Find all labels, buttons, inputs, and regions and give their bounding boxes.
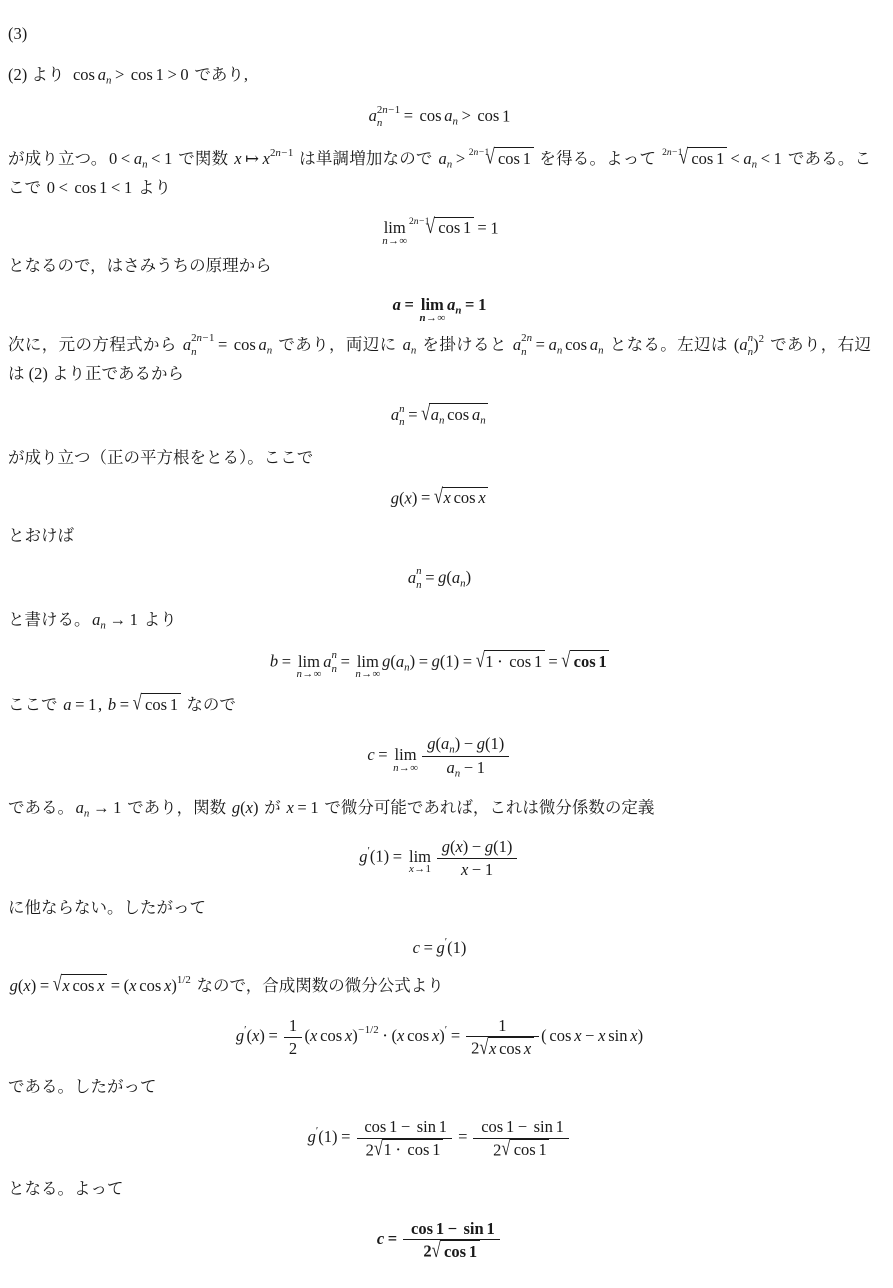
math-num: 2 — [366, 1140, 374, 1159]
paragraph: となるので，はさみうちの原理から — [8, 252, 871, 281]
equation-math: ann=√ancosan — [391, 403, 488, 430]
text-run: が成り立つ。 — [8, 149, 107, 168]
script-base: a — [396, 652, 404, 671]
math-var: a — [259, 335, 267, 354]
math-paren: ) — [454, 652, 460, 671]
math-function: cos — [73, 65, 95, 84]
limit-under: n→∞ — [296, 669, 321, 680]
math-operator: = — [269, 1026, 278, 1045]
math-var: a — [452, 568, 460, 587]
math-num: 0 — [180, 65, 188, 84]
math-function: cos — [447, 405, 469, 424]
limit-operator: limn→∞ — [395, 746, 417, 764]
text-run: で微分可能であれば，これは微分係数の定義 — [320, 798, 654, 817]
math-function: cos — [74, 178, 96, 197]
radical: √xcosx — [53, 976, 107, 995]
scripted-atom: an — [259, 335, 273, 354]
text-run: に他ならない。したがって — [8, 898, 206, 917]
superscript: −1/2 — [358, 1024, 379, 1036]
equation-math: a2n−1n=cosan>cos1 — [369, 104, 511, 131]
math-num: 1 — [502, 106, 510, 125]
script-base: x — [263, 149, 270, 168]
math-operator: → — [109, 610, 126, 629]
display-equation: g′(x)=12(xcosx)−1/2⋅(xcosx)′=12√xcosx(co… — [8, 1015, 871, 1060]
math-var: g — [308, 1127, 316, 1146]
math-num: ∞ — [437, 312, 445, 324]
scripted-atom: an — [396, 652, 410, 671]
subscript: n — [142, 159, 147, 171]
math-var: x — [286, 798, 293, 817]
radical: 2n−1√cos1 — [662, 149, 727, 168]
math-var: x — [62, 976, 69, 995]
script-base: a — [590, 335, 598, 354]
math-paren: ) — [507, 837, 513, 856]
math-operator: = — [463, 652, 472, 671]
limit-operator: limn→∞ — [384, 219, 406, 237]
radicand: cos1 — [434, 217, 474, 238]
math-num: 1 — [463, 218, 471, 237]
limit-under: n→∞ — [393, 763, 418, 774]
scripted-atom: an — [549, 335, 563, 354]
math-paren: ) — [332, 1127, 338, 1146]
limit-operator: limx→1 — [409, 848, 431, 866]
math-num: 1 — [484, 147, 489, 158]
denominator: 2 — [284, 1037, 302, 1059]
math-paren: ) — [31, 976, 37, 995]
math-operator: → — [302, 668, 313, 680]
math-operator: = — [40, 976, 49, 995]
math-num: ∞ — [373, 668, 381, 680]
math-var: x — [461, 860, 468, 879]
display-equation: a=limn→∞an=1 — [8, 295, 871, 317]
math-operator: = — [424, 938, 433, 957]
math-num: 1 — [113, 798, 121, 817]
math-operator: < — [730, 149, 739, 168]
equation-math: g′(x)=12(xcosx)−1/2⋅(xcosx)′=12√xcosx(co… — [236, 1015, 643, 1060]
script-base: a — [391, 405, 399, 424]
radical-sign-icon: √ — [53, 966, 62, 1003]
script-base: a — [743, 149, 751, 168]
math-num: 1 — [439, 1117, 447, 1136]
paragraph: とおけば — [8, 522, 871, 551]
text-run: ここで — [8, 695, 62, 714]
math-paren: ) — [499, 734, 505, 753]
fraction: 12√xcosx — [466, 1015, 538, 1060]
math-var: x — [489, 1039, 496, 1058]
math-operator: > — [115, 65, 124, 84]
script-base: a — [403, 335, 411, 354]
script-base: a — [408, 568, 416, 587]
math-num: 1 — [491, 734, 499, 753]
math-var: n — [393, 762, 398, 774]
equation-math: ann=g(an) — [408, 565, 471, 592]
math-function: cos — [454, 488, 476, 507]
math-num: 0 — [109, 149, 117, 168]
math-paren: ) — [259, 1026, 265, 1045]
math-num: 1 — [432, 1140, 440, 1159]
math-operator: − — [518, 1117, 527, 1136]
superscript: n — [416, 565, 421, 579]
math-var: a — [743, 149, 751, 168]
math-var: g — [391, 488, 399, 507]
root-index: 2n−1 — [409, 216, 430, 227]
inline-math: b=√cos1 — [108, 695, 181, 714]
math-function: cos — [477, 106, 499, 125]
text-run: なので — [182, 695, 236, 714]
math-operator: − — [388, 104, 394, 116]
text-run: , — [98, 695, 106, 714]
radicand: xcosx — [61, 974, 107, 995]
inline-math: an→1 — [76, 798, 122, 817]
math-function: cos — [145, 695, 167, 714]
math-operator: = — [425, 568, 434, 587]
scripted-atom: an — [447, 295, 461, 314]
math-var: c — [413, 938, 420, 957]
math-num: 1 — [88, 695, 96, 714]
script-base: a — [98, 65, 106, 84]
scripted-atom: a2n−1n — [183, 335, 215, 354]
radical-sign-icon: √ — [479, 1034, 488, 1061]
text-run: を掛けると — [418, 335, 511, 354]
text-run: と書ける。 — [8, 610, 91, 629]
math-paren: ) — [466, 568, 472, 587]
math-var: n — [332, 649, 337, 661]
math-var: n — [332, 663, 337, 675]
script-base: a — [323, 652, 331, 671]
paragraph: が成り立つ（正の平方根をとる）。ここで — [8, 444, 871, 473]
math-operator: − — [585, 1026, 594, 1045]
subsup-stack: nn — [399, 403, 404, 430]
math-var: a — [369, 106, 377, 125]
math-var: a — [439, 149, 447, 168]
math-var: x — [263, 149, 270, 168]
script-base: a — [76, 798, 84, 817]
math-var: a — [63, 695, 71, 714]
scripted-atom: ann — [391, 405, 405, 424]
denominator: 2√cos1 — [403, 1239, 499, 1262]
math-operator: < — [151, 149, 160, 168]
math-var: b — [270, 652, 278, 671]
denominator: 2√cos1 — [473, 1138, 568, 1161]
scripted-atom: g′ — [359, 847, 370, 866]
math-var: x — [443, 488, 450, 507]
script-base: a — [441, 734, 449, 753]
math-var: n — [296, 668, 301, 680]
paragraph: である。したがって — [8, 1073, 871, 1102]
text-run: である。したがって — [8, 1077, 157, 1096]
math-num: 2 — [185, 974, 190, 986]
math-operator: = — [341, 1127, 350, 1146]
math-var: n — [275, 147, 280, 159]
math-function: cos — [549, 1026, 571, 1045]
radical: √cos1 — [501, 1140, 549, 1159]
math-operator: = — [536, 335, 545, 354]
math-function: cos — [438, 218, 460, 237]
fraction: cos1−sin12√1⋅cos1 — [357, 1116, 452, 1161]
root-index: 2n−1 — [662, 147, 683, 158]
math-operator: < — [121, 149, 130, 168]
math-num: 1 — [170, 695, 178, 714]
math-var: n — [411, 345, 416, 357]
inline-math: a=1 — [63, 695, 96, 714]
scripted-atom: an — [743, 149, 757, 168]
math-paren: ) — [638, 1026, 644, 1045]
script-base: a — [452, 568, 460, 587]
subsup-stack: nn — [416, 565, 421, 592]
subscript: n — [377, 117, 382, 131]
display-equation: c=g′(1) — [8, 937, 871, 958]
math-var: n — [382, 235, 387, 247]
math-num: 1 — [498, 1016, 506, 1035]
scripted-atom: )2 — [753, 335, 764, 354]
radical-sign-icon: √ — [432, 1236, 441, 1263]
math-operator: = — [458, 1127, 467, 1146]
math-operator: > — [456, 149, 465, 168]
radicand: cos1 — [510, 1139, 550, 1160]
math-num: 1 — [774, 149, 782, 168]
text-run: は単調増加なので — [295, 149, 437, 168]
math-var: n — [521, 346, 526, 358]
script-base: a — [739, 335, 747, 354]
paragraph: (2) より cosan>cos1>0 であり, — [8, 61, 871, 90]
math-operator: = — [388, 1229, 397, 1248]
math-num: 1 — [499, 837, 507, 856]
math-var: g — [10, 976, 18, 995]
math-operator: = — [297, 798, 306, 817]
radical: √xcosx — [434, 488, 488, 507]
math-var: g — [427, 734, 435, 753]
subscript: n — [455, 305, 461, 317]
math-var: a — [98, 65, 106, 84]
limit-operator: limn→∞ — [298, 653, 320, 671]
math-var: a — [513, 335, 521, 354]
superscript: 2n — [521, 332, 532, 346]
math-var: x — [246, 798, 253, 817]
math-operator: = — [282, 652, 291, 671]
inline-math: g(x)=√xcosx=(xcosx)1/2 — [10, 976, 191, 995]
math-function: cos — [498, 149, 520, 168]
fraction: g(x)−g(1)x−1 — [437, 836, 518, 880]
math-function: cos — [234, 335, 256, 354]
display-equation: c=cos1−sin12√cos1 — [8, 1218, 871, 1263]
inline-math: an>2n−1√cos1 — [439, 149, 534, 168]
subsup-stack: 2n−1n — [377, 104, 400, 131]
math-var: x — [310, 1026, 317, 1045]
script-base: a — [549, 335, 557, 354]
scripted-atom: )′ — [439, 1026, 447, 1045]
math-num: 1 — [375, 847, 383, 866]
math-operator: = — [421, 488, 430, 507]
math-function: cos — [481, 1117, 503, 1136]
subscript: n — [84, 807, 89, 819]
paragraph: (3) — [8, 20, 871, 49]
subscript: n — [332, 663, 337, 677]
radical: 2n−1√cos1 — [469, 149, 534, 168]
math-var: n — [382, 104, 387, 116]
scripted-atom: an — [452, 568, 466, 587]
radicand: ancosan — [429, 403, 488, 426]
radical-sign-icon: √ — [421, 401, 430, 427]
math-num: 1 — [478, 295, 486, 314]
math-num: 1 — [506, 1117, 514, 1136]
root-index: 2n−1 — [469, 147, 490, 158]
math-function: cos — [565, 335, 587, 354]
text-run: とおけば — [8, 526, 74, 545]
math-operator: = — [75, 695, 84, 714]
math-operator: = — [419, 652, 428, 671]
math-paren: ) — [463, 837, 469, 856]
math-operator: = — [393, 847, 402, 866]
math-var: a — [403, 335, 411, 354]
subscript: n — [752, 159, 757, 171]
radical-sign-icon: √ — [501, 1135, 510, 1162]
scripted-atom: an — [134, 149, 148, 168]
script-base: a — [259, 335, 267, 354]
math-num: 1 — [477, 758, 485, 777]
scripted-atom: an — [472, 405, 486, 424]
superscript: 2n−1 — [270, 147, 293, 159]
math-operator: = — [465, 295, 474, 314]
math-var: x — [234, 149, 241, 168]
math-var: a — [431, 405, 439, 424]
math-paren: ) — [384, 847, 390, 866]
math-var: c — [377, 1229, 384, 1248]
paragraph: と書ける。an→1 より — [8, 606, 871, 635]
text-run: より — [134, 178, 171, 197]
math-function: cos — [514, 1140, 536, 1159]
math-function: cos — [691, 149, 713, 168]
math-num: ∞ — [410, 762, 418, 774]
subsup-stack: 2nn — [521, 332, 532, 359]
math-var: n — [752, 159, 757, 171]
math-operator: → — [93, 798, 110, 817]
math-paren: ) — [253, 798, 259, 817]
numerator: g(an)−g(1) — [422, 733, 509, 756]
text-run: より — [139, 610, 176, 629]
limit-under: x→1 — [409, 864, 431, 875]
math-num: 0 — [47, 178, 55, 197]
radical: √1⋅cos1 — [374, 1140, 443, 1159]
math-function: sin — [417, 1117, 436, 1136]
math-operator: − — [419, 216, 424, 227]
math-operator: ↦ — [245, 149, 259, 168]
math-var: a — [134, 149, 142, 168]
math-var: x — [574, 1026, 581, 1045]
subsup-stack: 2n−1n — [191, 332, 214, 359]
paragraph: 次に，元の方程式から a2n−1n=cosan であり，両辺に an を掛けると… — [8, 331, 871, 389]
paragraph: となる。よって — [8, 1175, 871, 1204]
math-operator: = — [218, 335, 227, 354]
math-var: n — [416, 565, 421, 577]
bold-math: a=limn→∞an=1 — [393, 295, 487, 314]
paragraph: ここで a=1, b=√cos1 なので — [8, 691, 871, 720]
math-var: n — [100, 620, 105, 632]
math-operator: → — [426, 312, 437, 324]
equation-math: a=limn→∞an=1 — [393, 295, 487, 317]
script-base: ) — [352, 1026, 358, 1045]
limit-operator: limn→∞ — [421, 296, 444, 314]
math-var: g — [477, 734, 485, 753]
math-var: a — [323, 652, 331, 671]
display-equation: c=limn→∞g(an)−g(1)an−1 — [8, 733, 871, 779]
math-function: cos — [444, 1242, 466, 1261]
subscript: n — [191, 346, 196, 360]
math-function: cos — [320, 1026, 342, 1045]
script-base: a — [369, 106, 377, 125]
math-var: g — [442, 837, 450, 856]
math-operator: ⋅ — [395, 1140, 401, 1159]
math-var: n — [527, 332, 532, 344]
math-num: ∞ — [399, 235, 407, 247]
numerator: g(x)−g(1) — [437, 836, 518, 857]
math-var: a — [396, 652, 404, 671]
text-run: (3) — [8, 24, 27, 43]
math-num: 1 — [485, 860, 493, 879]
scripted-atom: an — [98, 65, 112, 84]
math-var: a — [408, 568, 416, 587]
math-var: g — [485, 837, 493, 856]
math-var: n — [598, 345, 603, 357]
inline-math: x↦x2n−1 — [234, 149, 293, 168]
inline-math: 0<an<1 — [109, 149, 172, 168]
math-function: cos — [411, 1219, 433, 1238]
math-var: n — [267, 345, 272, 357]
math-num: 1 — [523, 149, 531, 168]
numerator: cos1−sin1 — [403, 1218, 499, 1239]
math-paren: ) — [455, 734, 461, 753]
inline-math: x=1 — [286, 798, 318, 817]
radicand: xcosx — [488, 1037, 534, 1058]
math-num: 1 — [485, 652, 493, 671]
subscript: n — [455, 768, 460, 780]
math-operator: = — [341, 652, 350, 671]
subscript: n — [106, 75, 111, 87]
scripted-atom: g′ — [236, 1026, 247, 1045]
math-var: n — [142, 159, 147, 171]
equation-math: g(x)=√xcosx — [391, 487, 488, 509]
math-num: 2 — [289, 1039, 297, 1058]
inline-math: an→1 — [92, 610, 138, 629]
fraction: 12 — [284, 1015, 302, 1059]
scripted-atom: an — [76, 798, 90, 817]
scripted-atom: an — [590, 335, 604, 354]
math-function: sin — [534, 1117, 553, 1136]
math-var: a — [393, 295, 401, 314]
paragraph: に他ならない。したがって — [8, 894, 871, 923]
numerator: 1 — [284, 1015, 302, 1036]
math-function: cos — [574, 652, 596, 671]
radical: √cos1 — [432, 1242, 480, 1261]
text-run: で関数 — [174, 149, 233, 168]
math-var: x — [23, 976, 30, 995]
math-var: b — [108, 695, 116, 714]
math-var: n — [355, 668, 360, 680]
math-operator: − — [281, 147, 287, 159]
math-num: 1 — [156, 65, 164, 84]
math-var: a — [590, 335, 598, 354]
subscript: n — [447, 159, 452, 171]
math-operator: → — [414, 863, 425, 875]
paragraph: である。an→1 であり，関数 g(x) が x=1 で微分可能であれば，これは… — [8, 794, 871, 823]
math-function: sin — [464, 1219, 484, 1238]
text-run: であり，関数 — [123, 798, 230, 817]
math-var: a — [76, 798, 84, 817]
math-operator: = — [548, 652, 557, 671]
scripted-atom: an — [431, 405, 445, 424]
math-num: 1 — [124, 178, 132, 197]
math-num: 2 — [373, 1024, 378, 1036]
text-run: であり, — [190, 65, 248, 84]
